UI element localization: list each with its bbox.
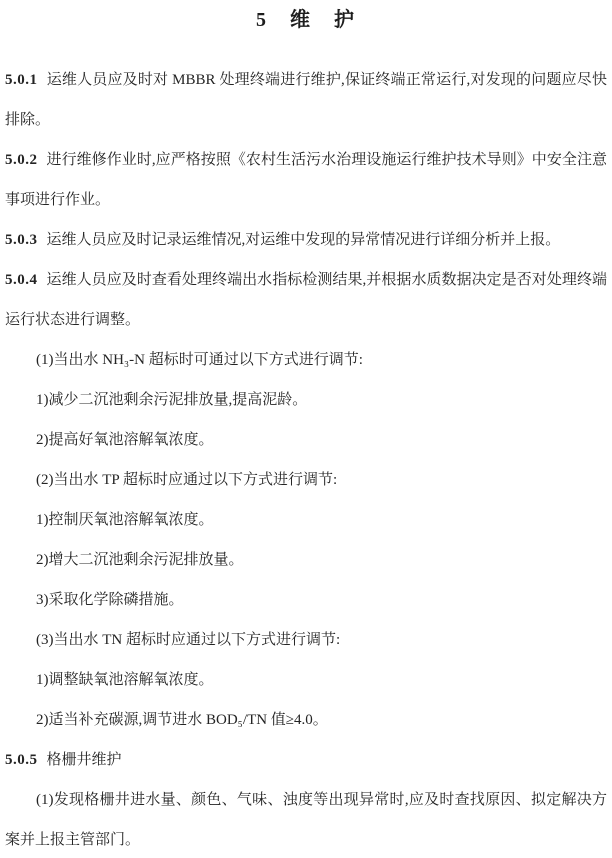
clause-text: 运维人员应及时查看处理终端出水指标检测结果,并根据水质数据决定是否对处理终端运行… <box>5 272 607 328</box>
clause-5-0-4: 5.0.4运维人员应及时查看处理终端出水指标检测结果,并根据水质数据决定是否对处… <box>5 260 607 340</box>
list-item-tp: (2)当出水 TP 超标时应通过以下方式进行调节: <box>5 460 607 500</box>
list-item: 1)减少二沉池剩余污泥排放量,提高泥龄。 <box>5 380 607 420</box>
clause-5-0-3: 5.0.3运维人员应及时记录运维情况,对运维中发现的异常情况进行详细分析并上报。 <box>5 220 607 260</box>
list-item: 1)控制厌氧池溶解氧浓度。 <box>5 500 607 540</box>
list-item-nh3n: (1)当出水 NH₃-N 超标时可通过以下方式进行调节: <box>5 340 607 380</box>
clause-number: 5.0.5 <box>5 752 38 768</box>
clause-text: 进行维修作业时,应严格按照《农村生活污水治理设施运行维护技术导则》中安全注意事项… <box>5 152 607 208</box>
page-title: 5 维 护 <box>5 6 607 34</box>
clause-number: 5.0.4 <box>5 272 38 288</box>
list-item: 2)提高好氧池溶解氧浓度。 <box>5 420 607 460</box>
clause-number: 5.0.1 <box>5 72 38 88</box>
list-item: 2)增大二沉池剩余污泥排放量。 <box>5 540 607 580</box>
list-item-tn: (3)当出水 TN 超标时应通过以下方式进行调节: <box>5 620 607 660</box>
clause-text: 运维人员应及时对 MBBR 处理终端进行维护,保证终端正常运行,对发现的问题应尽… <box>5 72 607 128</box>
list-item: (1)发现格栅井进水量、颜色、气味、浊度等出现异常时,应及时查找原因、拟定解决方… <box>5 780 607 858</box>
clause-text: 运维人员应及时记录运维情况,对运维中发现的异常情况进行详细分析并上报。 <box>47 232 561 248</box>
clause-5-0-2: 5.0.2进行维修作业时,应严格按照《农村生活污水治理设施运行维护技术导则》中安… <box>5 140 607 220</box>
list-item: 1)调整缺氧池溶解氧浓度。 <box>5 660 607 700</box>
list-item: 3)采取化学除磷措施。 <box>5 580 607 620</box>
clause-number: 5.0.2 <box>5 152 38 168</box>
document-page: 5 维 护 5.0.1运维人员应及时对 MBBR 处理终端进行维护,保证终端正常… <box>0 0 612 858</box>
clause-5-0-5: 5.0.5格栅井维护 <box>5 740 607 780</box>
list-item: 2)适当补充碳源,调节进水 BOD₅/TN 值≥4.0。 <box>5 700 607 740</box>
clause-number: 5.0.3 <box>5 232 38 248</box>
clause-text: 格栅井维护 <box>47 752 122 768</box>
clause-5-0-1: 5.0.1运维人员应及时对 MBBR 处理终端进行维护,保证终端正常运行,对发现… <box>5 60 607 140</box>
